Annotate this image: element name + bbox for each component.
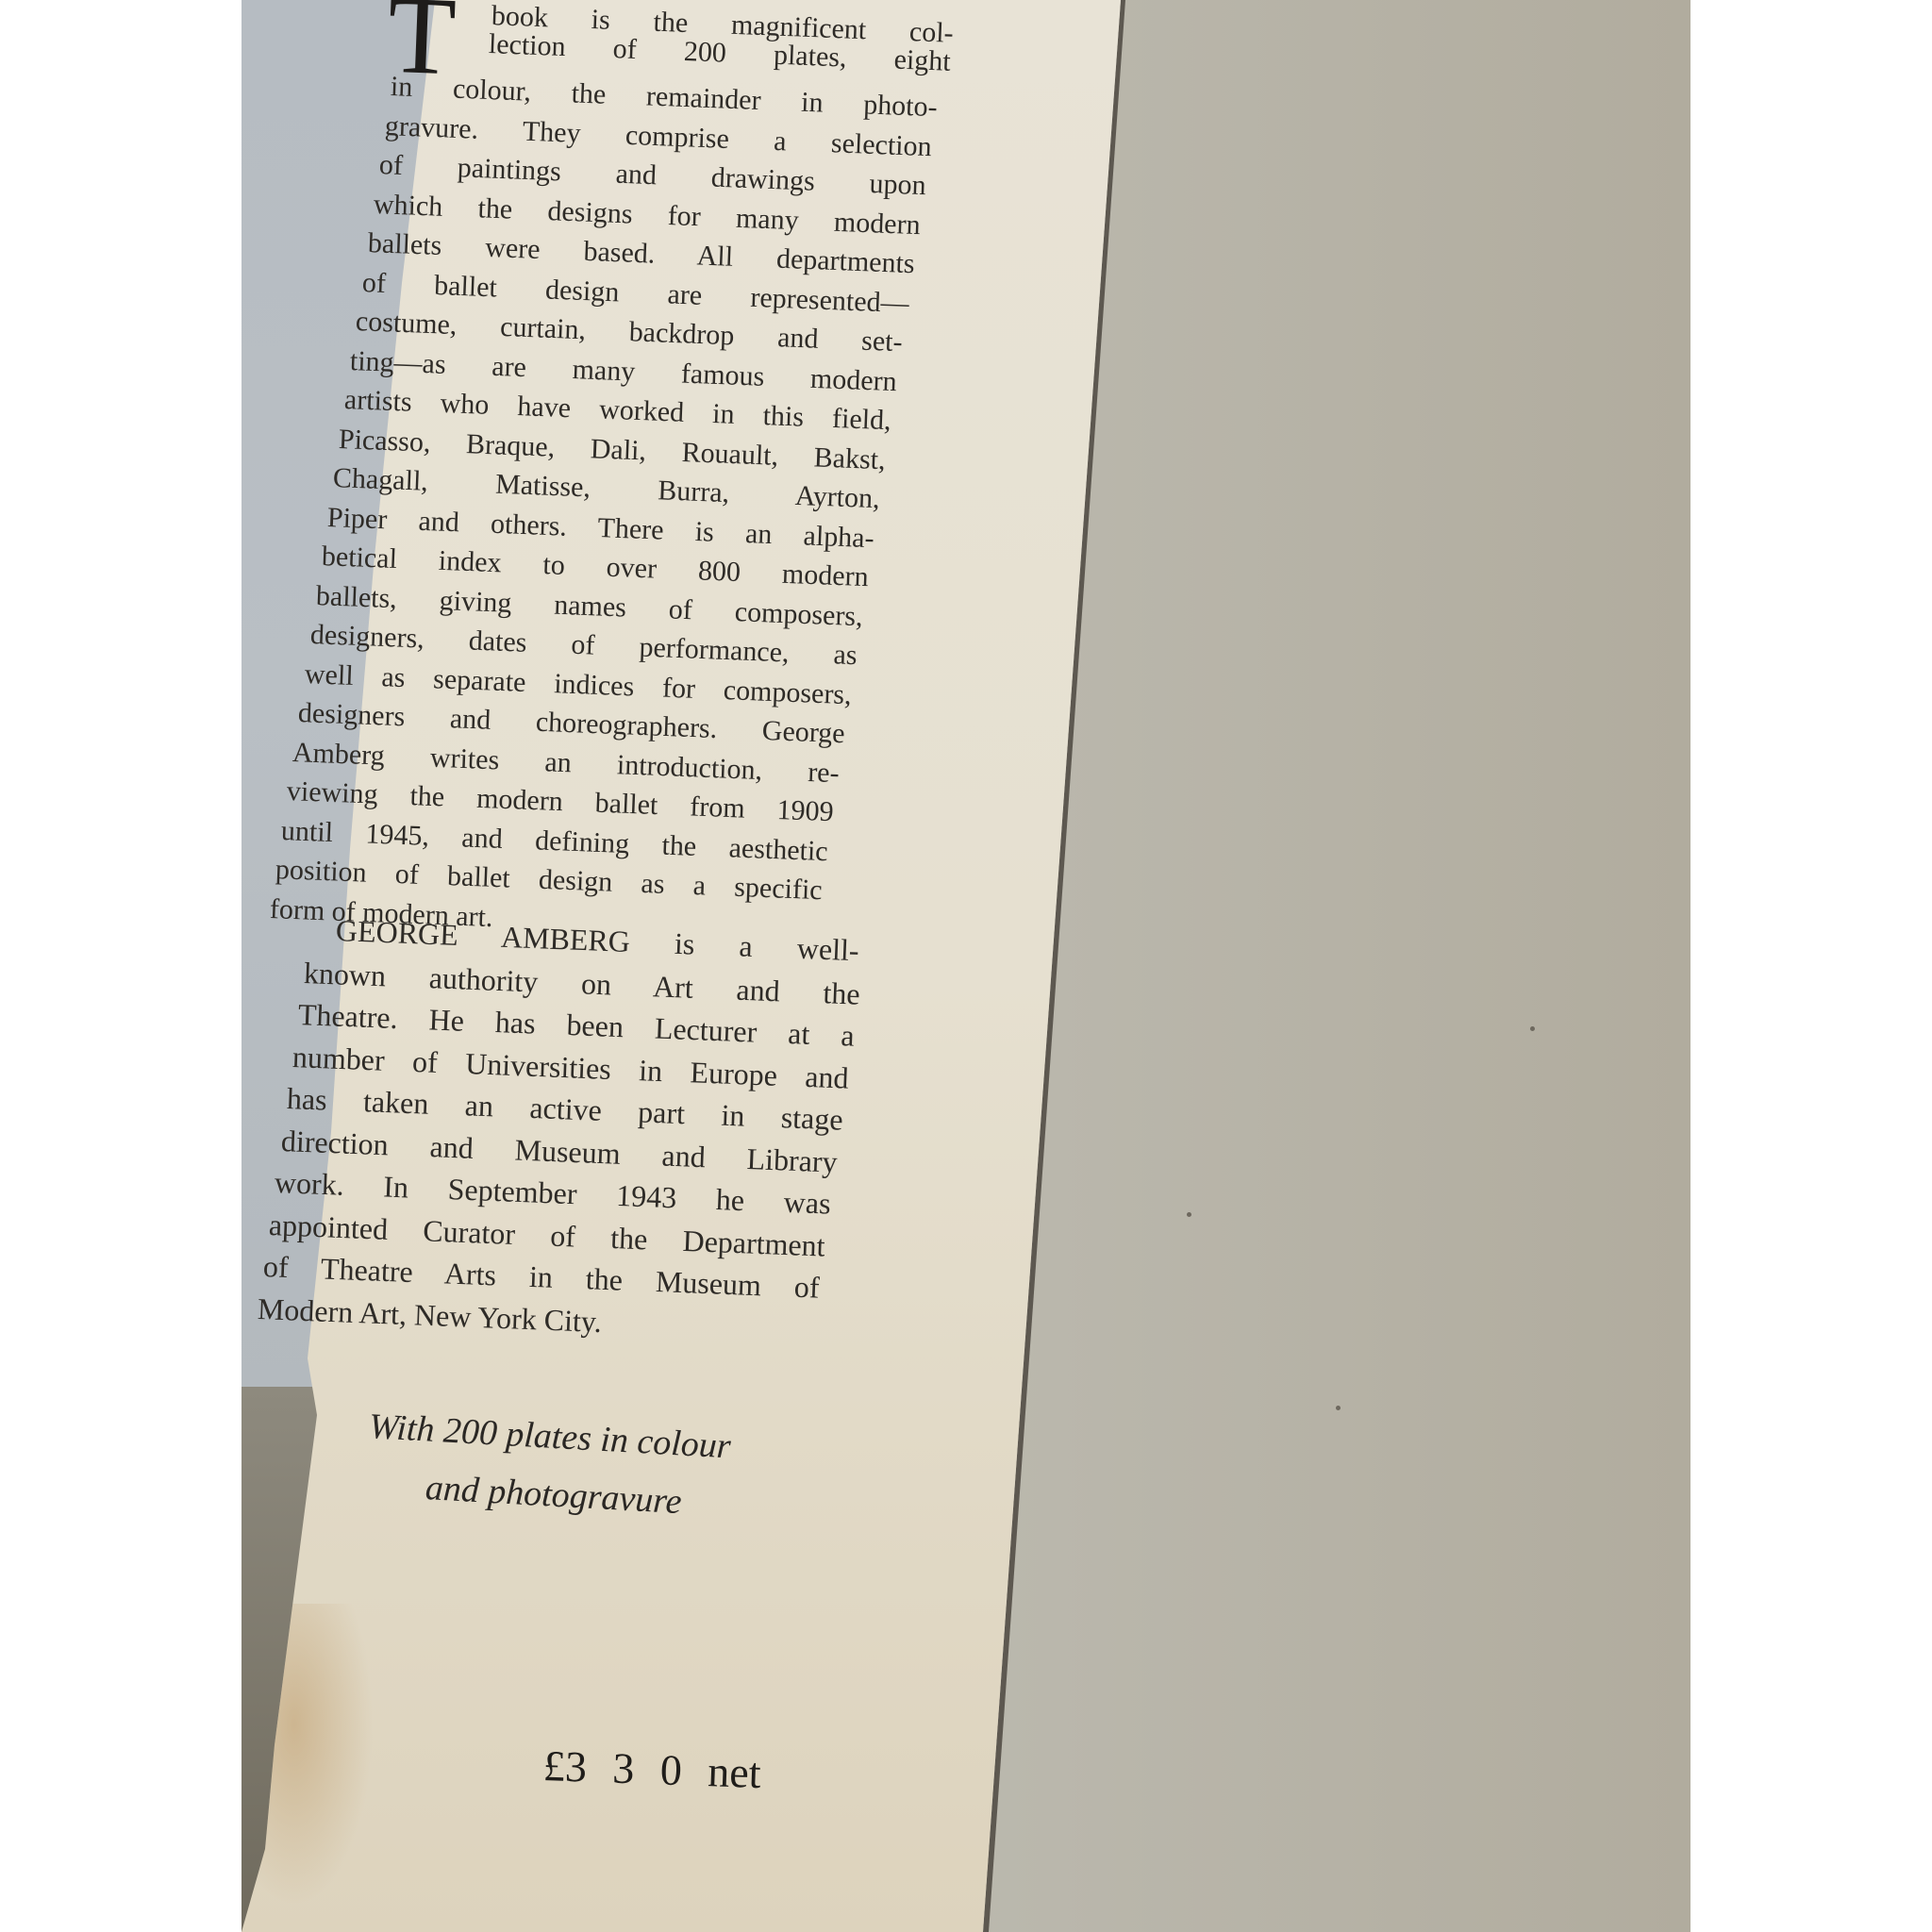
plates-note-line-1: With 200 plates in colour [368,1406,732,1467]
price: £3 3 0 net [542,1740,761,1798]
dust-speck [1530,1026,1535,1031]
photo: T book is the magnificent col-lection of… [241,0,1690,1932]
dust-speck [1336,1406,1341,1410]
flap-text: T book is the magnificent col-lection of… [241,0,1690,1932]
dust-speck [1187,1212,1191,1217]
plates-note-line-2: and photogravure [425,1467,683,1523]
